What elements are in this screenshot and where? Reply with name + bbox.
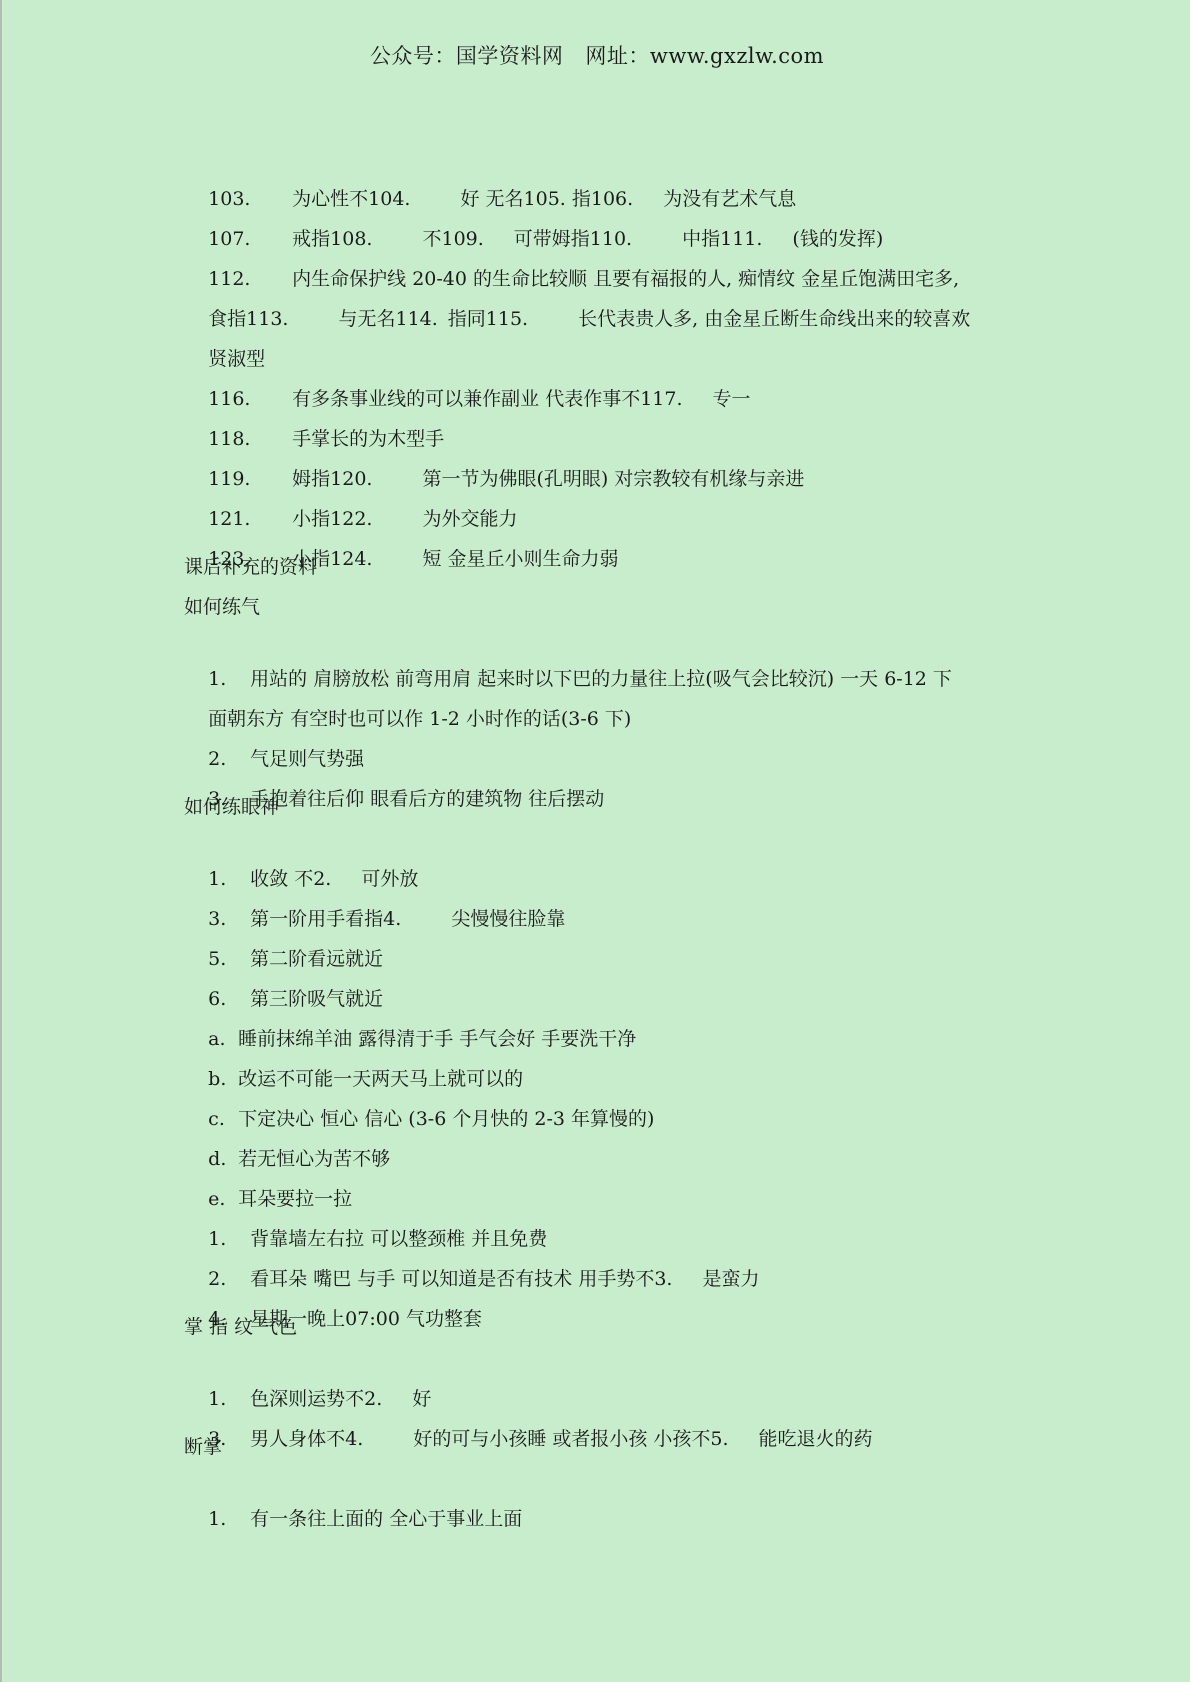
page-header: 公众号：国学资料网网址：www.gxzlw.com xyxy=(2,40,1190,70)
list-item: 116.有多条事业线的可以兼作副业 代表作事不117.专一 xyxy=(184,351,1024,391)
list-item: 1.用站的 肩膀放松 前弯用肩 起来时以下巴的力量往上拉(吸气会比较沉) 一天 … xyxy=(184,631,1024,671)
list-item: 1.收敛 不2.可外放 xyxy=(184,831,1024,871)
account-label: 公众号：国学资料网 xyxy=(370,44,564,68)
list-item: 1.有一条往上面的 全心于事业上面 xyxy=(184,1471,1024,1511)
list-item: 1.色深则运势不2.好 xyxy=(184,1351,1024,1391)
section-heading: 如何练气 xyxy=(184,591,1024,631)
document-body: 103.为心性不104.好 无名105. 指106.为没有艺术气息 107.戒指… xyxy=(184,151,1024,1511)
site-label: 网址：www.gxzlw.com xyxy=(585,44,824,68)
list-item: 103.为心性不104.好 无名105. 指106.为没有艺术气息 xyxy=(184,151,1024,191)
